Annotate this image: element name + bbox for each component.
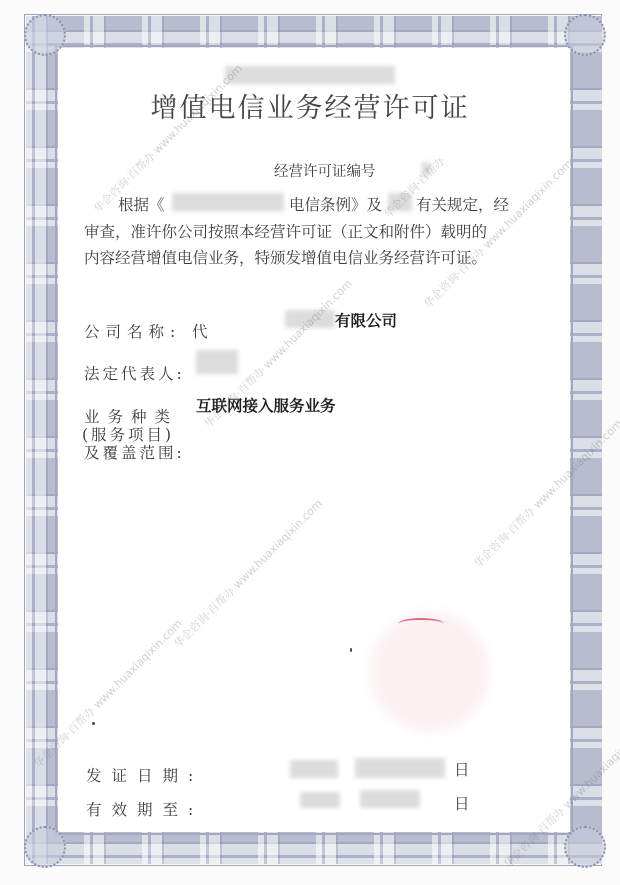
business-type-label-3: 及覆盖范围: [84,441,185,463]
body-line1-suffix: 有关规定，经 [416,193,509,215]
redacted-regulation-name [172,193,284,211]
redacted-issue-month-day [355,758,445,778]
body-line1-middle: 电信条例》及 [289,193,382,215]
redacted-header-text [225,66,395,84]
redacted-legal-representative [196,350,238,374]
corner-ornament-icon [564,14,606,56]
official-seal-redacted [370,612,490,732]
stray-mark [92,722,95,725]
body-line2: 审查，准许你公司按照本经营许可证（正文和附件）载明的 [84,220,487,242]
corner-ornament-icon [564,826,606,868]
legal-representative-label: 法定代表人: [84,362,185,384]
company-name-suffix: 有限公司 [335,309,397,331]
certificate-title: 增值电信业务经营许可证 [0,86,620,125]
redacted-valid-month [360,790,420,808]
stray-mark [350,648,352,652]
license-number-label: 经营许可证编号 [274,160,376,181]
issue-date-label: 发证日期: [86,764,203,786]
valid-until-day-suffix: 日 [454,792,470,814]
body-line1-prefix: 根据《 [118,193,165,215]
corner-ornament-icon [24,14,66,56]
seal-arc-mark [398,618,444,630]
company-name-label: 公司名称: [84,320,181,342]
corner-ornament-icon [24,826,66,868]
redacted-valid-year [300,792,340,808]
issue-date-day-suffix: 日 [454,758,470,780]
body-line3: 内容经营增值电信业务，特颁发增值电信业务经营许可证。 [84,246,487,268]
company-name-prefix: 代 [192,320,208,342]
valid-until-label: 有效期至: [86,798,203,820]
redacted-issue-year [290,760,338,778]
